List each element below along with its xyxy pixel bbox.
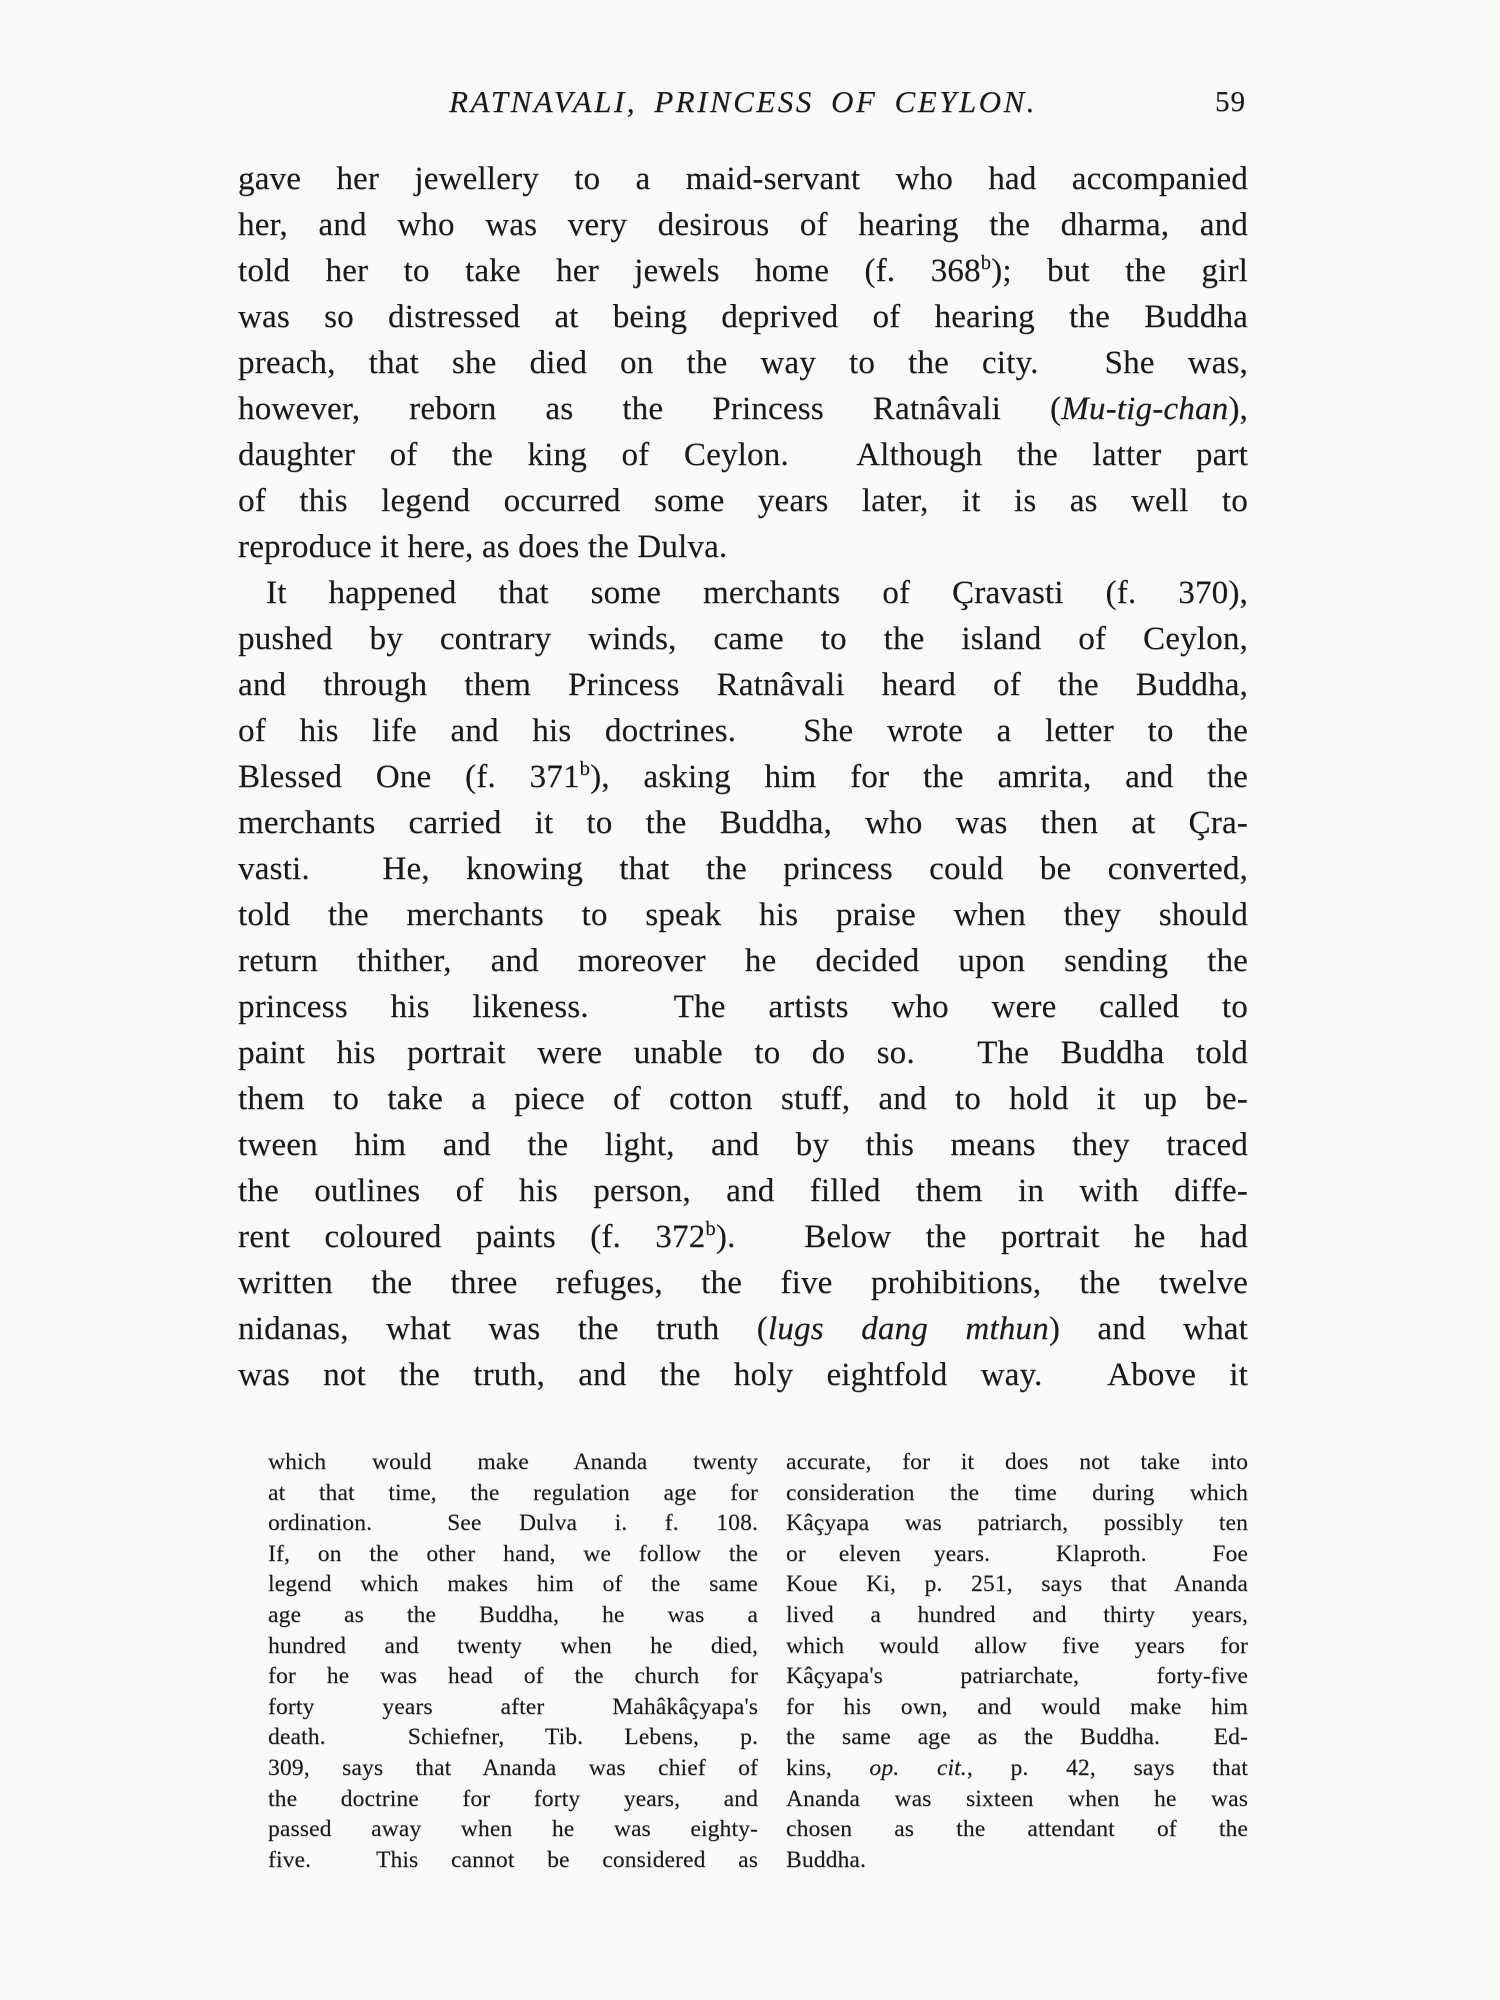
footnote-line: legend which makes him of the same xyxy=(268,1569,758,1600)
text-line: pushed by contrary winds, came to the is… xyxy=(238,616,1248,662)
footnote-line: which would allow five years for xyxy=(786,1631,1248,1662)
footnote-line: forty years after Mahâkâçyapa's xyxy=(268,1692,758,1723)
footnote-line: Ananda was sixteen when he was xyxy=(786,1784,1248,1815)
text-line: was not the truth, and the holy eightfol… xyxy=(238,1352,1248,1398)
text-line: rent coloured paints (f. 372b). Below th… xyxy=(238,1214,1248,1260)
text-line: paint his portrait were unable to do so.… xyxy=(238,1030,1248,1076)
text-line: the outlines of his person, and filled t… xyxy=(238,1168,1248,1214)
footnote-left-column: which would make Ananda twentyat that ti… xyxy=(268,1447,758,1875)
text-line: told her to take her jewels home (f. 368… xyxy=(238,248,1248,294)
footnote-line: five. This cannot be considered as xyxy=(268,1845,758,1876)
text-line: told the merchants to speak his praise w… xyxy=(238,892,1248,938)
text-line: her, and who was very desirous of hearin… xyxy=(238,202,1248,248)
paragraph-1: gave her jewellery to a maid-servant who… xyxy=(238,156,1248,570)
text-line: was so distressed at being deprived of h… xyxy=(238,294,1248,340)
footnote-line: or eleven years. Klaproth. Foe xyxy=(786,1539,1248,1570)
footnote-line: Buddha. xyxy=(786,1845,1248,1876)
paragraph-2: It happened that some merchants of Çrava… xyxy=(238,570,1248,1398)
footnote-line: at that time, the regulation age for xyxy=(268,1478,758,1509)
text-line: written the three refuges, the five proh… xyxy=(238,1260,1248,1306)
text-line: tween him and the light, and by this mea… xyxy=(238,1122,1248,1168)
text-line: of his life and his doctrines. She wrote… xyxy=(238,708,1248,754)
footnote-line: consideration the time during which xyxy=(786,1478,1248,1509)
footnote-line: accurate, for it does not take into xyxy=(786,1447,1248,1478)
book-page-scan: RATNAVALI, PRINCESS OF CEYLON. 59 gave h… xyxy=(0,0,1500,2000)
running-header-title: RATNAVALI, PRINCESS OF CEYLON. xyxy=(238,84,1248,120)
text-line: preach, that she died on the way to the … xyxy=(238,340,1248,386)
footnote-line: the doctrine for forty years, and xyxy=(268,1784,758,1815)
text-line: however, reborn as the Princess Ratnâval… xyxy=(238,386,1248,432)
footnote-line: hundred and twenty when he died, xyxy=(268,1631,758,1662)
text-line: of this legend occurred some years later… xyxy=(238,478,1248,524)
footnote-line: Koue Ki, p. 251, says that Ananda xyxy=(786,1569,1248,1600)
footnote-line: 309, says that Ananda was chief of xyxy=(268,1753,758,1784)
text-line: daughter of the king of Ceylon. Although… xyxy=(238,432,1248,478)
text-line: nidanas, what was the truth (lugs dang m… xyxy=(238,1306,1248,1352)
footnote-line: lived a hundred and thirty years, xyxy=(786,1600,1248,1631)
text-line: gave her jewellery to a maid-servant who… xyxy=(238,156,1248,202)
running-header: RATNAVALI, PRINCESS OF CEYLON. 59 xyxy=(238,84,1248,126)
footnote-line: If, on the other hand, we follow the xyxy=(268,1539,758,1570)
footnote-line: for he was head of the church for xyxy=(268,1661,758,1692)
footnote-line: Kâçyapa was patriarch, possibly ten xyxy=(786,1508,1248,1539)
body-text: gave her jewellery to a maid-servant who… xyxy=(238,156,1248,1398)
text-line: return thither, and moreover he decided … xyxy=(238,938,1248,984)
text-line: merchants carried it to the Buddha, who … xyxy=(238,800,1248,846)
footnote-line: Kâçyapa's patriarchate, forty-five xyxy=(786,1661,1248,1692)
footnote-line: passed away when he was eighty- xyxy=(268,1814,758,1845)
footnote-line: which would make Ananda twenty xyxy=(268,1447,758,1478)
text-line: and through them Princess Ratnâvali hear… xyxy=(238,662,1248,708)
page-number: 59 xyxy=(1215,86,1246,119)
footnote-line: death. Schiefner, Tib. Lebens, p. xyxy=(268,1722,758,1753)
text-line: vasti. He, knowing that the princess cou… xyxy=(238,846,1248,892)
text-line: them to take a piece of cotton stuff, an… xyxy=(238,1076,1248,1122)
footnote-line: kins, op. cit., p. 42, says that xyxy=(786,1753,1248,1784)
footnote-line: ordination. See Dulva i. f. 108. xyxy=(268,1508,758,1539)
footnote-line: age as the Buddha, he was a xyxy=(268,1600,758,1631)
text-line: princess his likeness. The artists who w… xyxy=(238,984,1248,1030)
footnote-line: the same age as the Buddha. Ed- xyxy=(786,1722,1248,1753)
text-line: It happened that some merchants of Çrava… xyxy=(238,570,1248,616)
text-line: reproduce it here, as does the Dulva. xyxy=(238,524,1248,570)
text-line: Blessed One (f. 371b), asking him for th… xyxy=(238,754,1248,800)
footnote-line: chosen as the attendant of the xyxy=(786,1814,1248,1845)
footnote-line: for his own, and would make him xyxy=(786,1692,1248,1723)
footnote-right-column: accurate, for it does not take intoconsi… xyxy=(786,1447,1248,1875)
